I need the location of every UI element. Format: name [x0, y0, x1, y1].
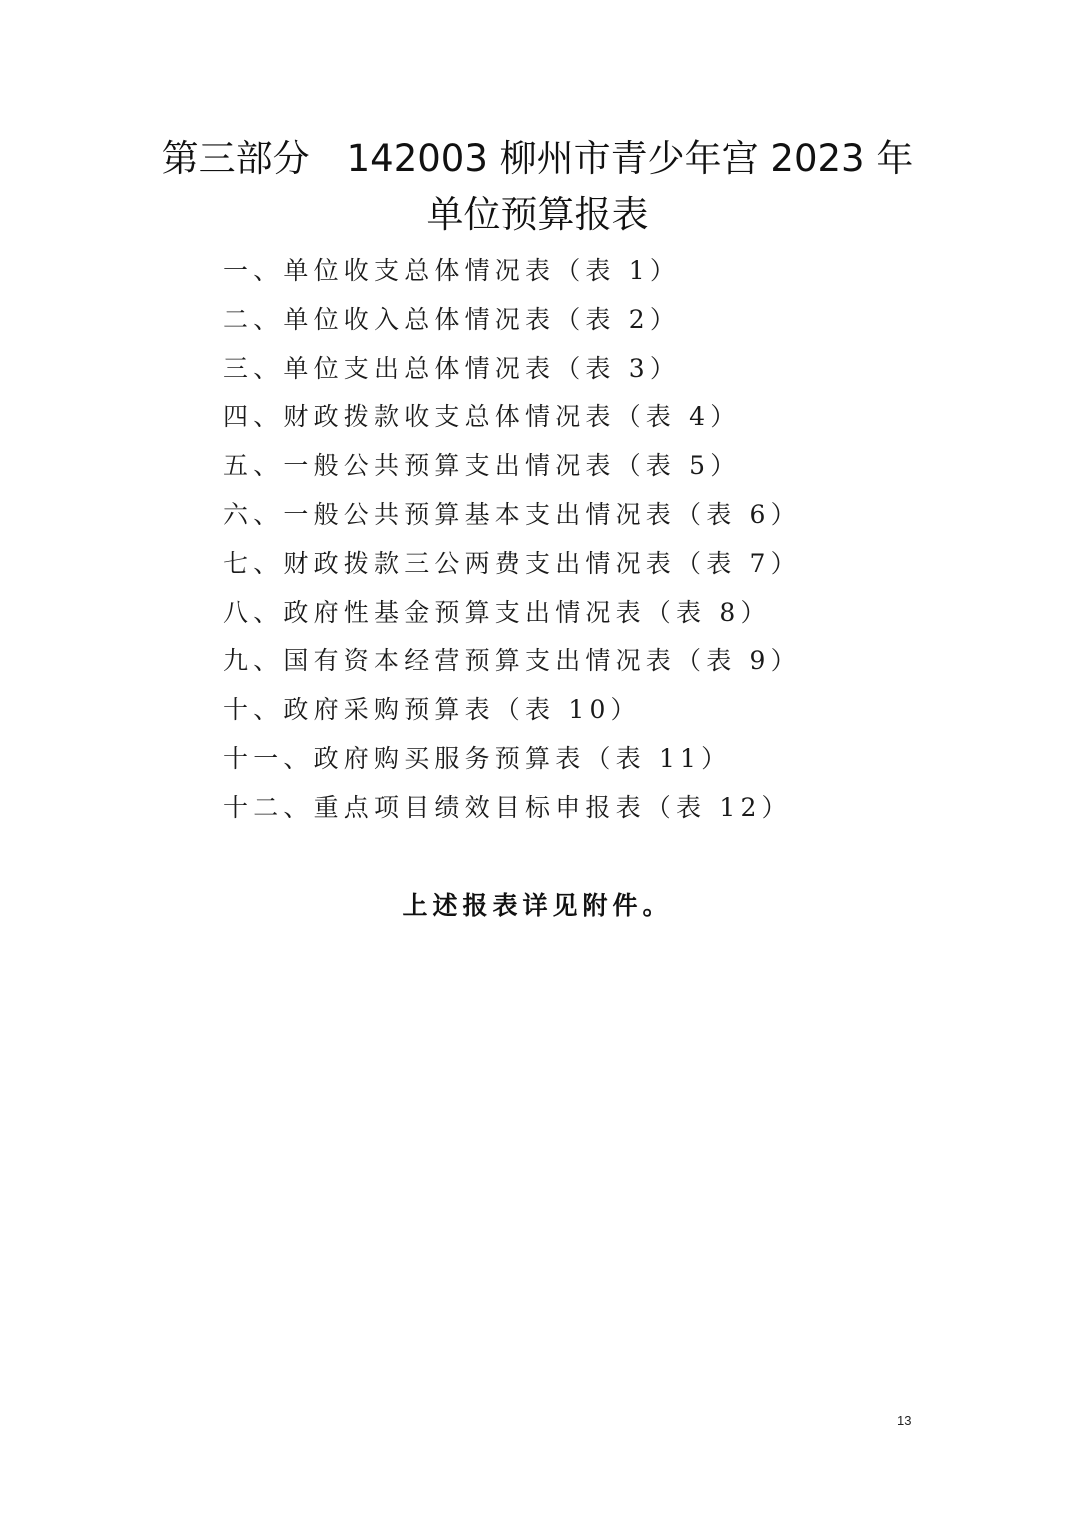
- toc-item-3: 三、单位支出总体情况表（表 3）: [223, 345, 801, 394]
- toc-item-6: 六、一般公共预算基本支出情况表（表 6）: [223, 491, 801, 540]
- toc-item-11: 十一、政府购买服务预算表（表 11）: [223, 735, 801, 784]
- page-number: 13: [897, 1413, 911, 1428]
- table-of-contents: 一、单位收支总体情况表（表 1） 二、单位收入总体情况表（表 2） 三、单位支出…: [223, 247, 801, 833]
- attachment-note: 上述报表详见附件。: [0, 886, 1075, 922]
- toc-item-5: 五、一般公共预算支出情况表（表 5）: [223, 442, 801, 491]
- toc-item-4: 四、财政拨款收支总体情况表（表 4）: [223, 393, 801, 442]
- toc-item-7: 七、财政拨款三公两费支出情况表（表 7）: [223, 540, 801, 589]
- toc-item-9: 九、国有资本经营预算支出情况表（表 9）: [223, 637, 801, 686]
- page-title-line-2: 单位预算报表: [0, 190, 1075, 240]
- toc-item-1: 一、单位收支总体情况表（表 1）: [223, 247, 801, 296]
- toc-item-8: 八、政府性基金预算支出情况表（表 8）: [223, 589, 801, 638]
- toc-item-10: 十、政府采购预算表（表 10）: [223, 686, 801, 735]
- page-title-line-1: 第三部分 142003 柳州市青少年宫 2023 年: [0, 134, 1075, 184]
- toc-item-2: 二、单位收入总体情况表（表 2）: [223, 296, 801, 345]
- toc-item-12: 十二、重点项目绩效目标申报表（表 12）: [223, 784, 801, 833]
